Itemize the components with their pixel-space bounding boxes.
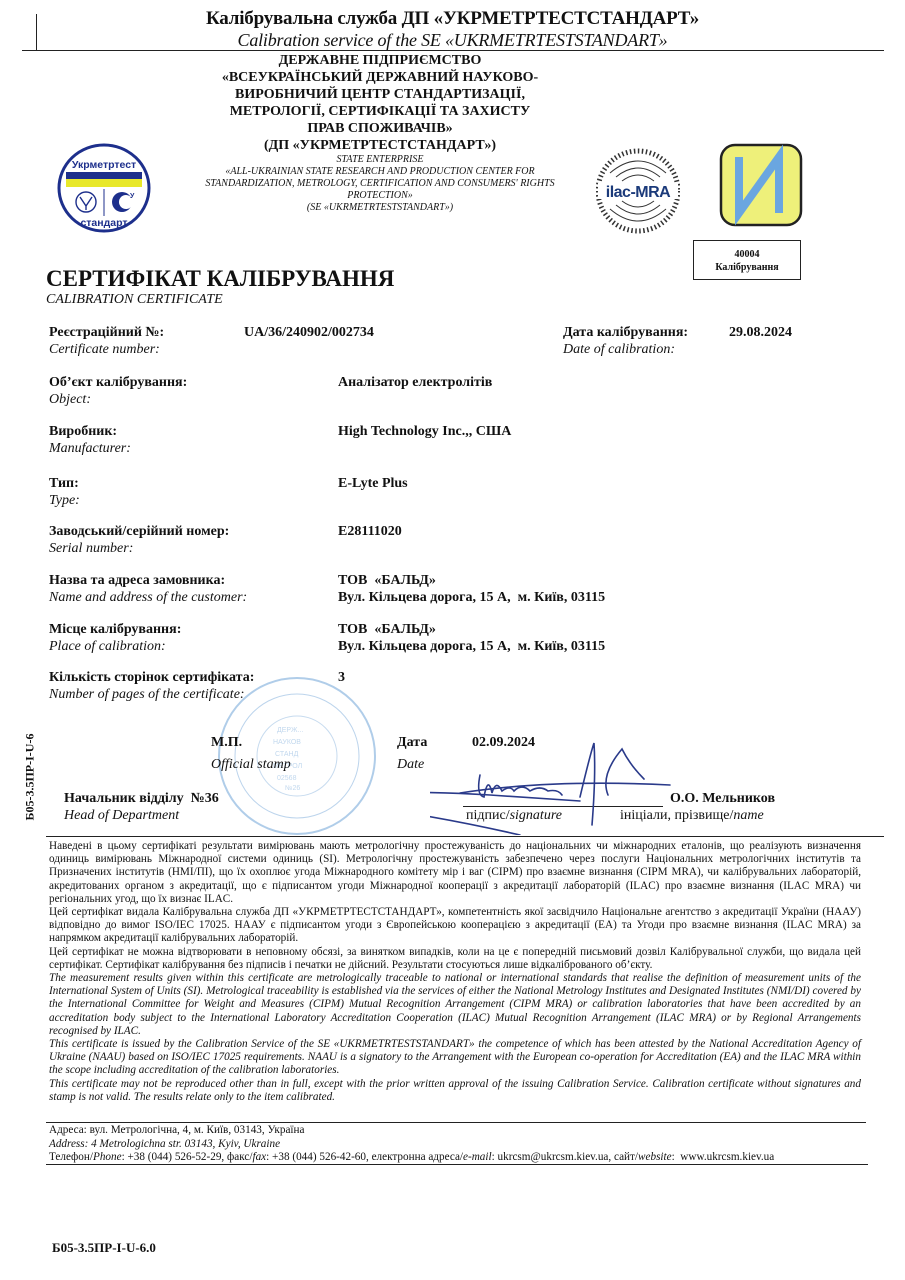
contacts-bottom-divider — [46, 1164, 868, 1165]
type-label-en: Type: — [49, 493, 80, 509]
org-line-en: (SE «UKRMETRTESTSTANDART») — [180, 202, 580, 214]
email-link[interactable]: : ukrcsm@ukrcsm.kiev.ua, — [492, 1151, 614, 1163]
org-line: (ДП «УКРМЕТРТЕСТСТАНДАРТ») — [180, 137, 580, 154]
svg-text:У: У — [130, 193, 135, 200]
svg-text:Укрметртест: Укрметртест — [72, 159, 136, 171]
customer-label-en: Name and address of the customer: — [49, 590, 247, 606]
svg-text:02568: 02568 — [277, 775, 297, 782]
cal-date-value: 29.08.2024 — [729, 325, 792, 341]
svg-text:стандарт: стандарт — [80, 217, 127, 229]
type-label: Тип: — [49, 476, 79, 492]
fax-number: : +38 (044) 526-42-60, — [266, 1151, 371, 1163]
place-label: Місце калібрування: — [49, 622, 181, 638]
note-paragraph: Наведені в цьому сертифікаті результати … — [49, 840, 861, 906]
stamp-label: М.П. — [211, 735, 242, 751]
org-line-en: «ALL-UKRAINIAN STATE RESEARCH AND PRODUC… — [180, 166, 580, 178]
type-value: E-Lyte Plus — [338, 476, 408, 492]
org-line-en: PROTECTION» — [180, 190, 580, 202]
svg-text:ilac-MRA: ilac-MRA — [606, 184, 671, 201]
naau-accreditation-logo-icon — [719, 143, 803, 227]
note-paragraph-en: The measurement results given within thi… — [49, 972, 861, 1038]
address-ua: Адреса: вул. Метрологічна, 4, м. Київ, 0… — [49, 1124, 879, 1138]
accreditation-box: 40004 Калібрування — [693, 240, 801, 280]
object-label: Об’єкт калібрування: — [49, 375, 187, 391]
accreditation-number: 40004 — [694, 248, 800, 261]
contact-line: Телефон/Phone: +38 (044) 526-52-29, факс… — [49, 1151, 879, 1165]
note-paragraph-en: This certificate may not be reproduced o… — [49, 1078, 861, 1104]
svg-text:НАУКОВ: НАУКОВ — [273, 739, 301, 746]
cal-date-label-en: Date of calibration: — [563, 342, 675, 358]
org-line: ДЕРЖАВНЕ ПІДПРИЄМСТВО — [180, 52, 580, 69]
reg-number-label-en: Certificate number: — [49, 342, 160, 358]
serial-label: Заводський/серійний номер: — [49, 524, 229, 540]
notes-divider — [46, 836, 884, 837]
org-line: МЕТРОЛОГІЇ, СЕРТИФІКАЦІЇ ТА ЗАХИСТУ — [180, 103, 580, 120]
notes-bottom-divider — [46, 1122, 866, 1123]
organization-block: ДЕРЖАВНЕ ПІДПРИЄМСТВО «ВСЕУКРАЇНСЬКИЙ ДЕ… — [180, 52, 580, 214]
certificate-title-ua: СЕРТИФІКАТ КАЛІБРУВАННЯ — [46, 266, 394, 292]
place-address: Вул. Кільцева дорога, 15 А, м. Київ, 031… — [338, 639, 605, 655]
customer-address: Вул. Кільцева дорога, 15 А, м. Київ, 031… — [338, 590, 605, 606]
certificate-title-en: CALIBRATION CERTIFICATE — [46, 292, 223, 308]
phone-number: : +38 (044) 526-52-29, — [122, 1151, 227, 1163]
document-form-code: Б05-3.5ПР-І-U-6.0 — [52, 1240, 156, 1256]
ukrmetrteststandart-logo-icon: Укрметртест У стандарт — [56, 142, 152, 234]
contacts-block: Адреса: вул. Метрологічна, 4, м. Київ, 0… — [49, 1124, 879, 1165]
official-stamp-icon: ДЕРЖ... НАУКОВ СТАНД МЕТРОЛ 02568 №26 — [213, 672, 381, 840]
org-line-en: STANDARDIZATION, METROLOGY, CERTIFICATIO… — [180, 178, 580, 190]
svg-text:ДЕРЖ...: ДЕРЖ... — [277, 727, 303, 734]
address-en: Address: 4 Metrologichna str. 03143, Kyi… — [49, 1138, 879, 1152]
reg-number-label: Реєстраційний №: — [49, 325, 164, 341]
header-divider — [22, 50, 884, 51]
customer-name: ТОВ «БАЛЬД» — [338, 573, 436, 589]
place-label-en: Place of calibration: — [49, 639, 166, 655]
org-line: «ВСЕУКРАЇНСЬКИЙ ДЕРЖАВНИЙ НАУКОВО- — [180, 69, 580, 86]
object-label-en: Object: — [49, 392, 91, 408]
handwritten-signature-icon — [430, 735, 720, 835]
note-paragraph-en: This certificate is issued by the Calibr… — [49, 1038, 861, 1078]
org-line: ПРАВ СПОЖИВАЧІВ» — [180, 120, 580, 137]
legal-notes: Наведені в цьому сертифікаті результати … — [49, 840, 861, 1104]
object-value: Аналізатор електролітів — [338, 375, 492, 391]
head-of-department-label: Начальник відділу №36 — [64, 791, 219, 807]
reg-number-value: UA/36/240902/002734 — [244, 325, 374, 341]
stamp-label-en: Official stamp — [211, 757, 291, 773]
org-line-en: STATE ENTERPRISE — [180, 154, 580, 166]
sign-date-label-en: Date — [397, 757, 424, 773]
place-name: ТОВ «БАЛЬД» — [338, 622, 436, 638]
website-link[interactable]: : www.ukrcsm.kiev.ua — [672, 1151, 775, 1163]
accreditation-scope: Калібрування — [694, 261, 800, 274]
service-title-en: Calibration service of the SE «UKRMETRTE… — [0, 30, 905, 51]
manufacturer-value: High Technology Inc.,, США — [338, 424, 511, 440]
cal-date-label: Дата калібрування: — [563, 325, 688, 341]
head-of-department-label-en: Head of Department — [64, 808, 179, 824]
manufacturer-label: Виробник: — [49, 424, 117, 440]
serial-value: E28111020 — [338, 524, 402, 540]
side-form-code: Б05-3.5ПР-І-U-6 — [20, 722, 40, 832]
note-paragraph: Цей сертифікат не можна відтворювати в н… — [49, 946, 861, 972]
customer-label: Назва та адреса замовника: — [49, 573, 225, 589]
manufacturer-label-en: Manufacturer: — [49, 441, 131, 457]
org-line: ВИРОБНИЧИЙ ЦЕНТР СТАНДАРТИЗАЦІЇ, — [180, 86, 580, 103]
sign-date-label: Дата — [397, 735, 427, 751]
serial-label-en: Serial number: — [49, 541, 133, 557]
ilac-mra-logo-icon: ilac-MRA — [596, 143, 680, 239]
service-title-ua: Калібрувальна служба ДП «УКРМЕТРТЕСТСТАН… — [0, 8, 905, 30]
svg-text:№26: №26 — [285, 785, 300, 792]
note-paragraph: Цей сертифікат видала Калібрувальна служ… — [49, 906, 861, 946]
